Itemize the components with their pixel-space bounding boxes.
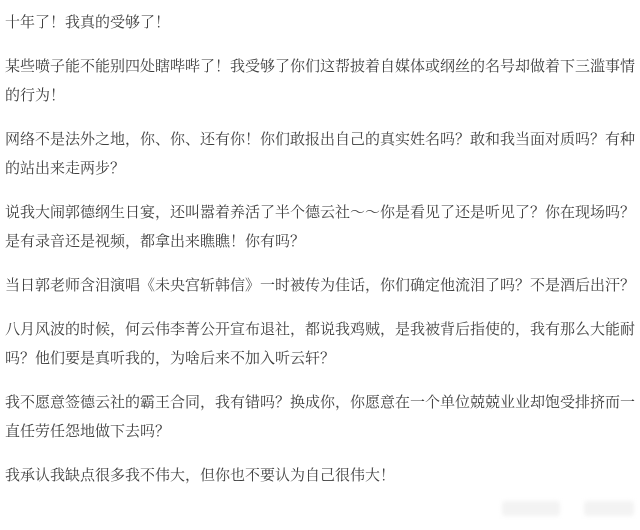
article-paragraph: 网络不是法外之地，你、你、还有你！你们敢报出自己的真实姓名吗？敢和我当面对质吗？… xyxy=(5,125,637,183)
article-paragraph: 十年了！我真的受够了！ xyxy=(5,8,637,37)
article-paragraph: 我不愿意签德云社的霸王合同，我有错吗？换成你，你愿意在一个单位兢兢业业却饱受排挤… xyxy=(5,388,637,446)
article-paragraph: 我承认我缺点很多我不伟大，但你也不要认为自己很伟大！ xyxy=(5,461,637,490)
article-paragraph: 当日郭老师含泪演唱《未央宫斩韩信》一时被传为佳话，你们确定他流泪了吗？不是酒后出… xyxy=(5,271,637,300)
watermark-smudge xyxy=(502,501,560,516)
article-paragraph: 某些喷子能不能别四处瞎哔哔了！我受够了你们这帮披着自媒体或纲丝的名号却做着下三滥… xyxy=(5,52,637,110)
article-paragraph: 八月风波的时候，何云伟李菁公开宣布退社，都说我鸡贼，是我被背后指使的，我有那么大… xyxy=(5,315,637,373)
article-body: 十年了！我真的受够了！ 某些喷子能不能别四处瞎哔哔了！我受够了你们这帮披着自媒体… xyxy=(5,8,637,505)
article-paragraph: 说我大闹郭德纲生日宴，还叫嚣着养活了半个德云社～～你是看见了还是听见了？你在现场… xyxy=(5,198,637,256)
watermark-smudge xyxy=(584,501,634,516)
